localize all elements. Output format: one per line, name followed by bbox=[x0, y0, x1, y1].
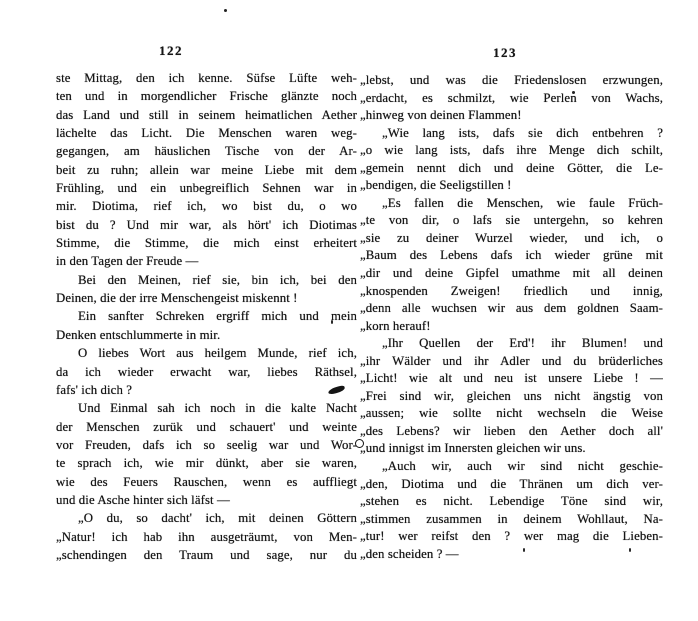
text-line: „Es fallen die Menschen, wie faule Früch… bbox=[360, 195, 663, 213]
text-line: Ein sanfter Schreken ergriff mich und me… bbox=[56, 307, 357, 325]
text-line: „korn herauf! bbox=[360, 318, 663, 336]
text-line: beit zu ruhn; allein war meine Liebe mit… bbox=[56, 161, 357, 179]
text-line: und die Asche hinter sich läfst — bbox=[56, 491, 357, 509]
text-line: Stimme, die Stimme, die mich einst erhei… bbox=[56, 234, 357, 252]
text-line: „erdacht, es schmilzt, wie Perlen von Wa… bbox=[360, 90, 663, 108]
text-line: Denken entschlummerte in mir. bbox=[56, 326, 357, 344]
page-number-left: 122 bbox=[159, 43, 183, 59]
speck-mid-left-page bbox=[331, 320, 333, 324]
text-line: „Auch wir, auch wir sind nicht geschie- bbox=[360, 458, 663, 476]
text-line: „den, Diotima und die Thränen um dich ve… bbox=[360, 476, 663, 494]
text-line: vor Freuden, dafs ich so seelig war und … bbox=[56, 436, 357, 454]
page-number-right: 123 bbox=[493, 45, 517, 61]
text-line: „ihr Wälder und ihr Adler und du brüderl… bbox=[360, 353, 663, 371]
text-line: „O du, so dacht' ich, mit deinen Göttern bbox=[56, 509, 357, 527]
text-line: in den Tagen der Freude — bbox=[56, 252, 357, 270]
text-line: te sprach ich, wie mir dünkt, aber sie w… bbox=[56, 454, 357, 472]
text-line: Frühling, und ein unbegreiflich Sehnen w… bbox=[56, 179, 357, 197]
text-line: bist du ? Und mir war, als hört' ich Dio… bbox=[56, 216, 357, 234]
text-line: mir. Diotima, rief ich, wo bist du, o wo bbox=[56, 197, 357, 215]
text-line: „te von dir, o lafs sie untergehn, so ke… bbox=[360, 212, 663, 230]
text-line: „den scheiden ? — bbox=[360, 546, 663, 564]
text-line: „Frei sind wir, gleichen uns nicht ängst… bbox=[360, 388, 663, 406]
text-line: das Land und still in seinem heimatliche… bbox=[56, 106, 357, 124]
text-line: ste Mittag, den ich kenne. Süfse Lüfte w… bbox=[56, 69, 357, 87]
text-line: „lebst, und was die Friedenslosen erzwun… bbox=[360, 72, 663, 90]
right-page-text-block: „lebst, und was die Friedenslosen erzwun… bbox=[360, 72, 663, 563]
speck-bottom-right-page-2 bbox=[629, 548, 631, 552]
text-line: wie des Feuers Rauschen, wenn es aufflie… bbox=[56, 473, 357, 491]
text-line: „Baum des Lebens dafs ich wieder grüne m… bbox=[360, 247, 663, 265]
speck-bottom-right-page bbox=[523, 548, 525, 552]
text-line: „denn alle wuchsen wir aus dem goldnen S… bbox=[360, 300, 663, 318]
text-line: „sie zu deiner Wurzel wieder, und ich, o bbox=[360, 230, 663, 248]
text-line: „Wie lang ists, dafs sie dich entbehren … bbox=[360, 125, 663, 143]
text-line: „Ihr Quellen der Erd'! ihr Blumen! und bbox=[360, 335, 663, 353]
text-line: „stimmen zusammen in deinem Wohllaut, Na… bbox=[360, 511, 663, 529]
text-line: der Menschen zurük und schauert' und wei… bbox=[56, 418, 357, 436]
text-line: da ich wieder erwacht war, liebes Räthse… bbox=[56, 363, 357, 381]
text-line: „o wie lang ists, dafs ihre Menge dich s… bbox=[360, 142, 663, 160]
book-scan-spread: 122 123 ste Mittag, den ich kenne. Süfse… bbox=[0, 0, 698, 621]
speck-right-page-top bbox=[572, 91, 575, 94]
text-line: „Natur! ich hab ihn ausgeträumt, von Men… bbox=[56, 528, 357, 546]
text-line: „hinweg von deinen Flammen! bbox=[360, 107, 663, 125]
text-line: Deinen, die der irre Menschengeist miske… bbox=[56, 289, 357, 307]
text-line: gegangen, am häuslichen Tische von der A… bbox=[56, 142, 357, 160]
margin-circle-mark bbox=[355, 439, 364, 448]
text-line: „schendingen den Traum und sage, nur du bbox=[56, 546, 357, 564]
left-page-text-block: ste Mittag, den ich kenne. Süfse Lüfte w… bbox=[56, 69, 357, 564]
text-line: „aussen; wie sollte nicht wechseln die W… bbox=[360, 405, 663, 423]
text-line: „dir und deine Gipfel umathme mit all de… bbox=[360, 265, 663, 283]
text-line: „und innigst im Innersten gleichen wir u… bbox=[360, 440, 663, 458]
text-line: Und Einmal sah ich noch in die kalte Nac… bbox=[56, 399, 357, 417]
text-line: fafs' ich dich ? bbox=[56, 381, 357, 399]
text-line: „knospenden Zweigen! friedlich und innig… bbox=[360, 283, 663, 301]
text-line: ten und in morgendlicher Frische glänzte… bbox=[56, 87, 357, 105]
text-line: „stehen es nicht. Lebendige Töne sind wi… bbox=[360, 493, 663, 511]
text-line: lächelte das Licht. Die Menschen waren w… bbox=[56, 124, 357, 142]
text-line: O liebes Wort aus heilgem Munde, rief ic… bbox=[56, 344, 357, 362]
speck-above-left-page-number bbox=[224, 9, 227, 12]
text-line: „gemein nennt dich und deine Götter, die… bbox=[360, 160, 663, 178]
text-line: „des Lebens? wir lieben den Aether doch … bbox=[360, 423, 663, 441]
text-line: „Licht! wie alt und neu ist unsere Liebe… bbox=[360, 370, 663, 388]
text-line: Bei den Meinen, rief sie, bin ich, bei d… bbox=[56, 271, 357, 289]
text-line: „bendigen, die Seeligstillen ! bbox=[360, 177, 663, 195]
text-line: „tur! wer reifst den ? wer mag die Liebe… bbox=[360, 528, 663, 546]
